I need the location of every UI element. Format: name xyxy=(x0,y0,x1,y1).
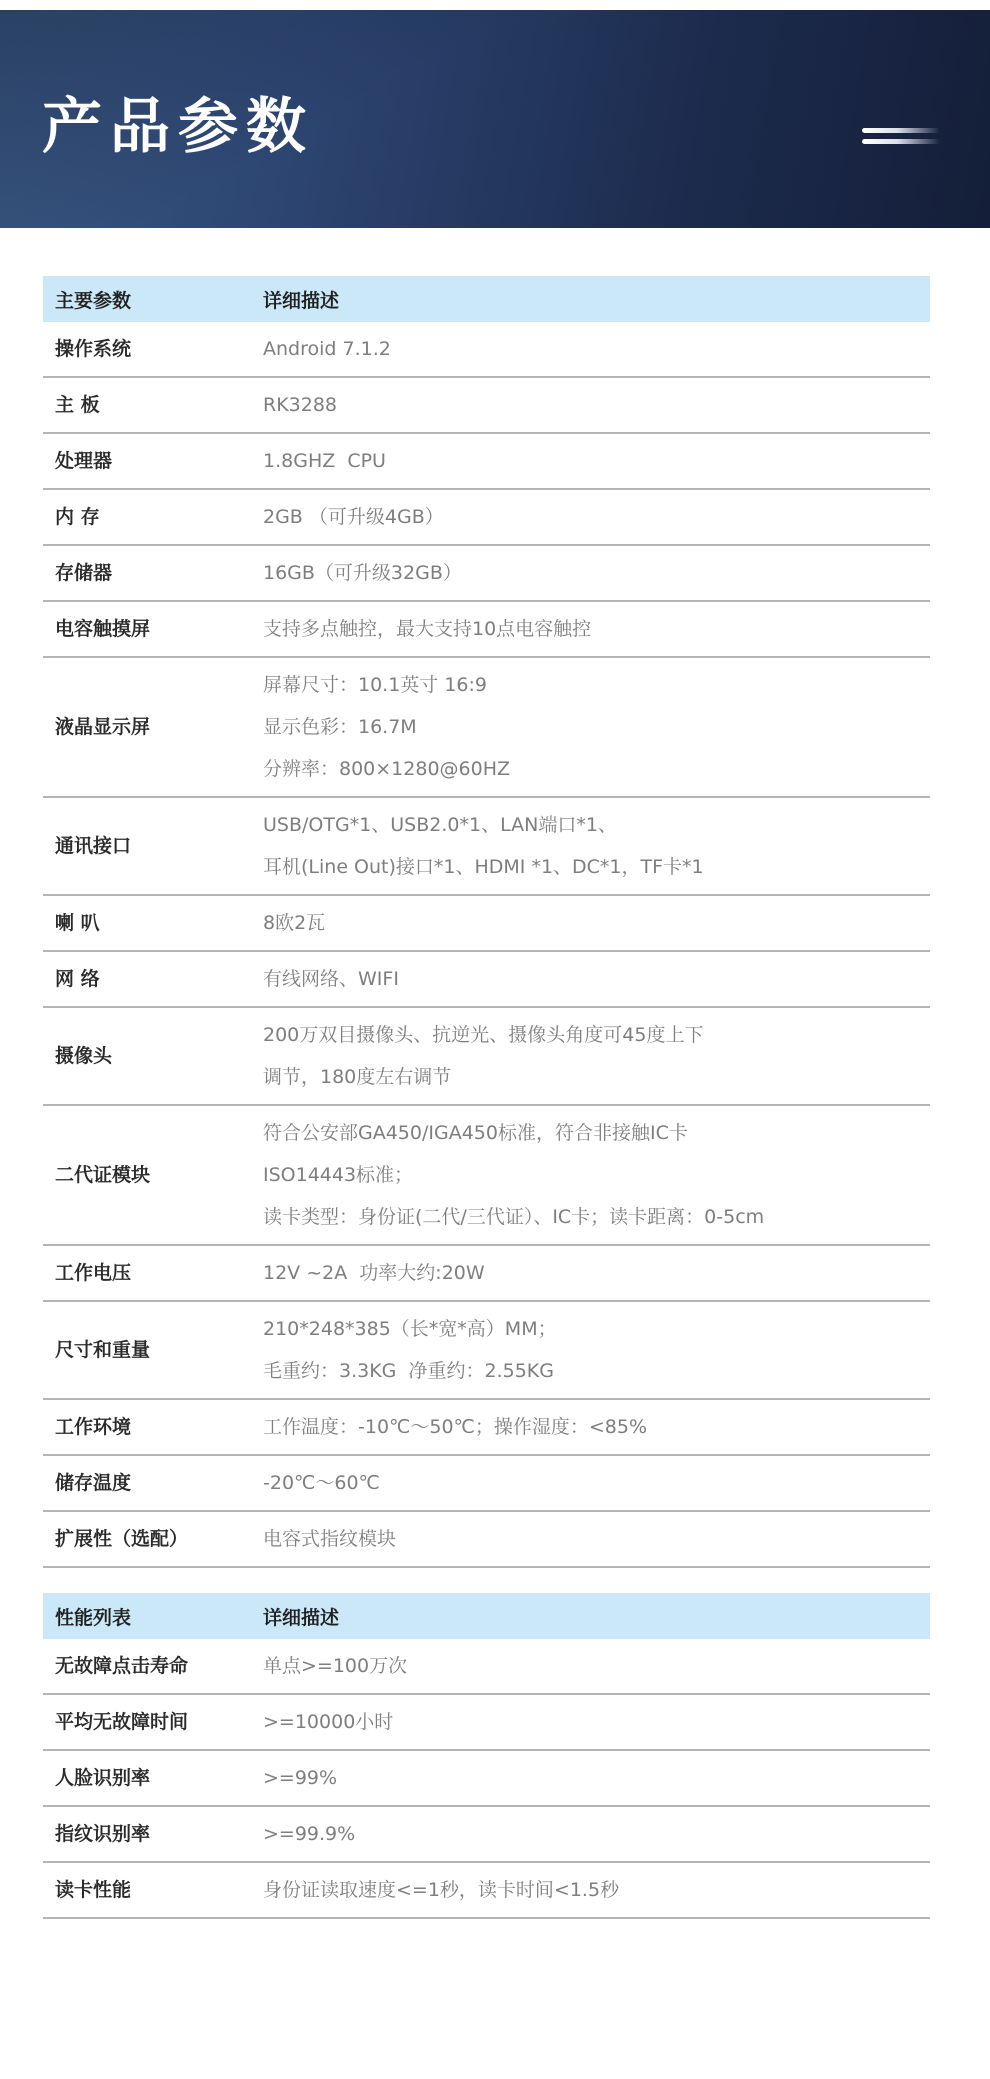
row-value: 单点>=100万次 xyxy=(263,1645,930,1687)
row-value: 符合公安部GA450/IGA450标准，符合非接触IC卡 ISO14443标准；… xyxy=(263,1112,930,1238)
row-label: 内 存 xyxy=(43,504,263,531)
table-row: 工作电压12V ~2A 功率大约:20W xyxy=(43,1246,930,1302)
row-value: USB/OTG*1、USB2.0*1、LAN端口*1、 耳机(Line Out)… xyxy=(263,804,930,888)
table-row: 处理器1.8GHZ CPU xyxy=(43,434,930,490)
row-label: 主 板 xyxy=(43,392,263,419)
banner: 产品参数 xyxy=(0,10,990,228)
row-value: 2GB （可升级4GB） xyxy=(263,496,930,538)
section-header-1: 主要参数详细描述 xyxy=(43,276,930,322)
row-label: 工作电压 xyxy=(43,1260,263,1287)
table-row: 操作系统Android 7.1.2 xyxy=(43,322,930,378)
row-value: 支持多点触控，最大支持10点电容触控 xyxy=(263,608,930,650)
table-row: 扩展性（选配）电容式指纹模块 xyxy=(43,1512,930,1568)
row-label: 电容触摸屏 xyxy=(43,616,263,643)
row-value: 1.8GHZ CPU xyxy=(263,440,930,482)
row-value: >=10000小时 xyxy=(263,1701,930,1743)
table-row: 平均无故障时间>=10000小时 xyxy=(43,1695,930,1751)
row-value: 身份证读取速度<=1秒，读卡时间<1.5秒 xyxy=(263,1869,930,1911)
row-value: 有线网络、WIFI xyxy=(263,958,930,1000)
section-header-param-col: 性能列表 xyxy=(43,1603,263,1630)
table-row: 读卡性能身份证读取速度<=1秒，读卡时间<1.5秒 xyxy=(43,1863,930,1919)
page: 产品参数 主要参数详细描述操作系统Android 7.1.2主 板RK3288处… xyxy=(0,0,990,2079)
row-label: 读卡性能 xyxy=(43,1877,263,1904)
table-row: 电容触摸屏支持多点触控，最大支持10点电容触控 xyxy=(43,602,930,658)
row-value: Android 7.1.2 xyxy=(263,328,930,370)
table-row: 无故障点击寿命单点>=100万次 xyxy=(43,1639,930,1695)
row-label: 通讯接口 xyxy=(43,833,263,860)
table-row: 通讯接口USB/OTG*1、USB2.0*1、LAN端口*1、 耳机(Line … xyxy=(43,798,930,896)
table-row: 网 络有线网络、WIFI xyxy=(43,952,930,1008)
table-row: 尺寸和重量210*248*385（长*宽*高）MM； 毛重约：3.3KG 净重约… xyxy=(43,1302,930,1400)
table-row: 工作环境工作温度：-10℃～50℃；操作湿度：<85% xyxy=(43,1400,930,1456)
row-value: RK3288 xyxy=(263,384,930,426)
row-value: 200万双目摄像头、抗逆光、摄像头角度可45度上下 调节，180度左右调节 xyxy=(263,1014,930,1098)
row-label: 操作系统 xyxy=(43,336,263,363)
row-value: 12V ~2A 功率大约:20W xyxy=(263,1252,930,1294)
table-row: 主 板RK3288 xyxy=(43,378,930,434)
row-label: 喇 叭 xyxy=(43,910,263,937)
row-value: >=99% xyxy=(263,1757,930,1799)
row-value: 210*248*385（长*宽*高）MM； 毛重约：3.3KG 净重约：2.55… xyxy=(263,1308,930,1392)
speed-line-top xyxy=(862,128,940,133)
speed-lines-icon xyxy=(862,128,940,144)
section-header-param-col: 主要参数 xyxy=(43,286,263,313)
section-header-2: 性能列表详细描述 xyxy=(43,1593,930,1639)
row-value: 屏幕尺寸：10.1英寸 16:9 显示色彩：16.7M 分辨率：800×1280… xyxy=(263,664,930,790)
row-value: 16GB（可升级32GB） xyxy=(263,552,930,594)
row-label: 液晶显示屏 xyxy=(43,714,263,741)
speed-line-bottom xyxy=(862,139,940,144)
page-title: 产品参数 xyxy=(42,92,314,162)
row-value: >=99.9% xyxy=(263,1813,930,1855)
table-row: 二代证模块符合公安部GA450/IGA450标准，符合非接触IC卡 ISO144… xyxy=(43,1106,930,1246)
row-value: -20℃～60℃ xyxy=(263,1462,930,1504)
table-row: 指纹识别率>=99.9% xyxy=(43,1807,930,1863)
row-label: 存储器 xyxy=(43,560,263,587)
table-row: 喇 叭8欧2瓦 xyxy=(43,896,930,952)
row-label: 指纹识别率 xyxy=(43,1821,263,1848)
section-header-desc-col: 详细描述 xyxy=(263,286,930,313)
row-label: 无故障点击寿命 xyxy=(43,1653,263,1680)
row-label: 网 络 xyxy=(43,966,263,993)
table-row: 内 存2GB （可升级4GB） xyxy=(43,490,930,546)
row-label: 二代证模块 xyxy=(43,1162,263,1189)
row-value: 电容式指纹模块 xyxy=(263,1518,930,1560)
row-label: 尺寸和重量 xyxy=(43,1337,263,1364)
table-row: 人脸识别率>=99% xyxy=(43,1751,930,1807)
section-header-desc-col: 详细描述 xyxy=(263,1603,930,1630)
row-label: 摄像头 xyxy=(43,1043,263,1070)
row-value: 8欧2瓦 xyxy=(263,902,930,944)
row-label: 扩展性（选配） xyxy=(43,1526,263,1553)
row-label: 储存温度 xyxy=(43,1470,263,1497)
row-label: 处理器 xyxy=(43,448,263,475)
row-label: 人脸识别率 xyxy=(43,1765,263,1792)
row-value: 工作温度：-10℃～50℃；操作湿度：<85% xyxy=(263,1406,930,1448)
table-row: 存储器16GB（可升级32GB） xyxy=(43,546,930,602)
table-row: 摄像头200万双目摄像头、抗逆光、摄像头角度可45度上下 调节，180度左右调节 xyxy=(43,1008,930,1106)
table-row: 储存温度-20℃～60℃ xyxy=(43,1456,930,1512)
row-label: 工作环境 xyxy=(43,1414,263,1441)
row-label: 平均无故障时间 xyxy=(43,1709,263,1736)
spec-table: 主要参数详细描述操作系统Android 7.1.2主 板RK3288处理器1.8… xyxy=(43,276,930,1919)
table-row: 液晶显示屏屏幕尺寸：10.1英寸 16:9 显示色彩：16.7M 分辨率：800… xyxy=(43,658,930,798)
